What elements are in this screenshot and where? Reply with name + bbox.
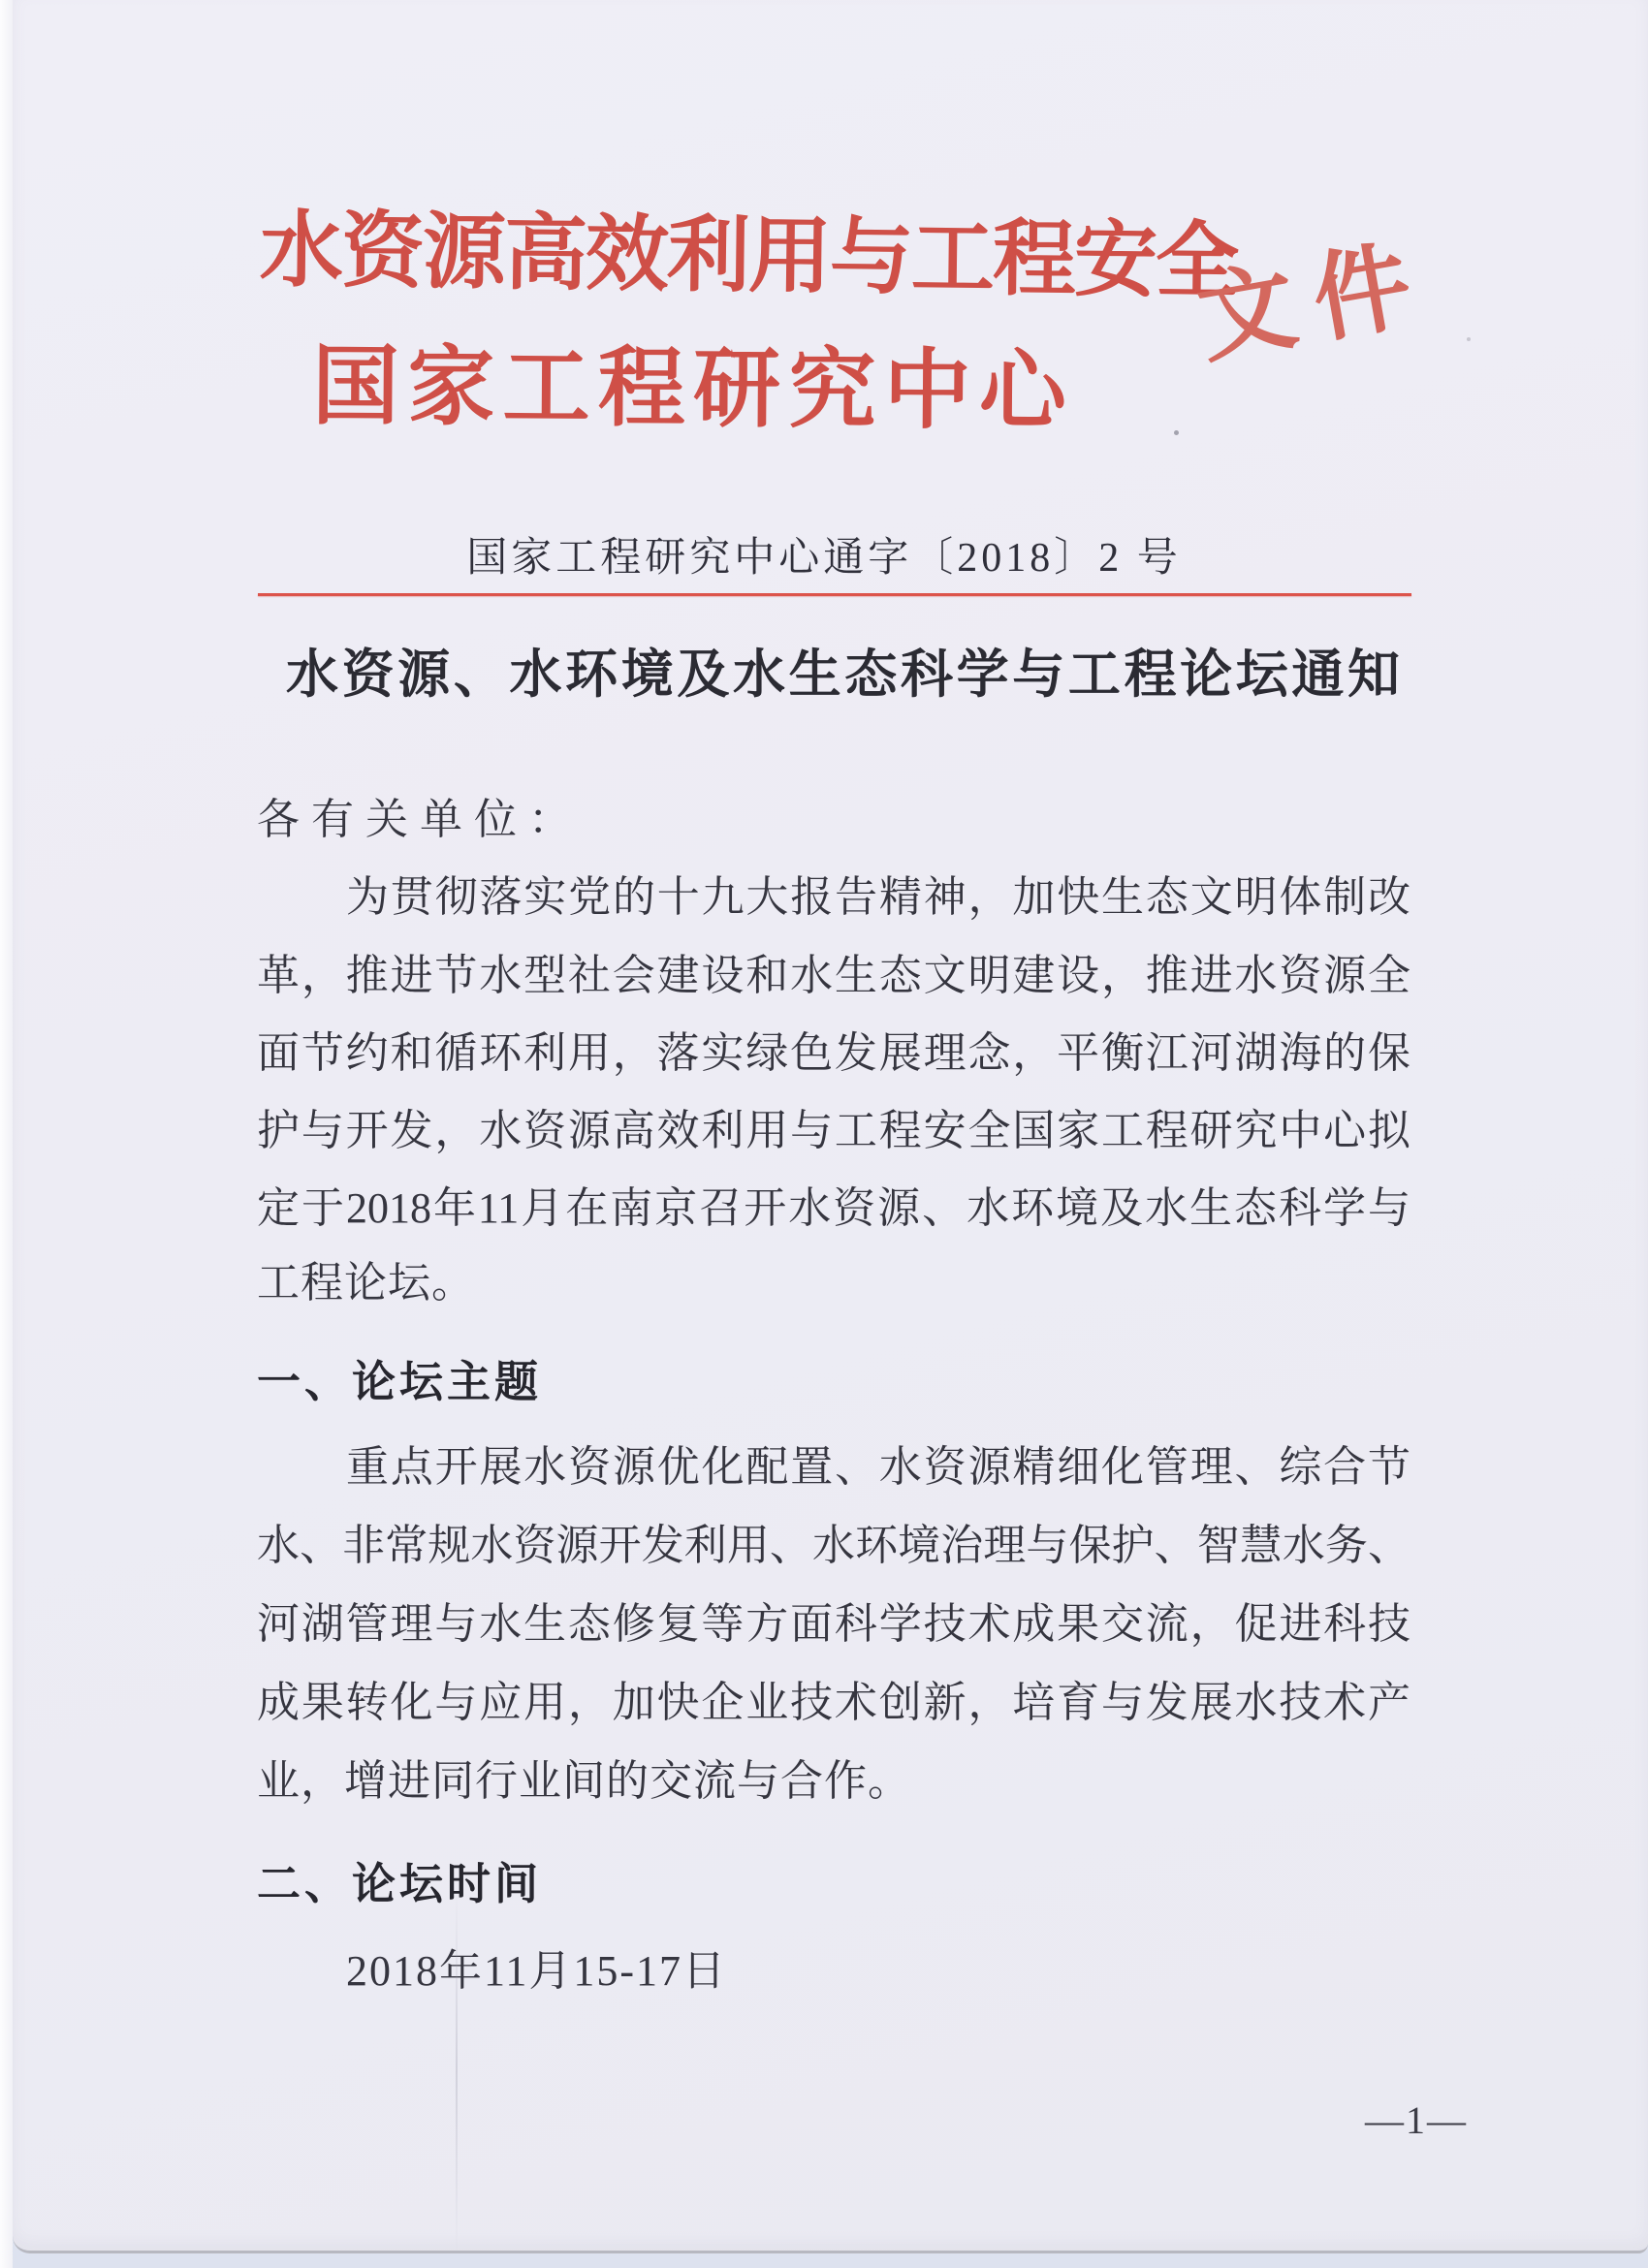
section-heading-forum-theme: 一、论坛主题 [257, 1355, 1410, 1409]
red-divider-line [258, 593, 1411, 596]
body-line: 定于2018年11月在南京召开水资源、水环境及水生态科学与 [257, 1181, 1410, 1236]
paper-crease [456, 1890, 458, 2253]
document-number: 国家工程研究中心通字〔2018〕2 号 [0, 533, 1648, 583]
section-heading-forum-time: 二、论坛时间 [257, 1857, 1410, 1911]
body-line: 重点开展水资源优化配置、水资源精细化管理、综合节 [257, 1440, 1410, 1495]
scanned-document: 水资源高效利用与工程安全 国家工程研究中心 文件 国家工程研究中心通字〔2018… [0, 0, 1648, 2268]
scan-left-edge [0, 0, 13, 2268]
document-title: 水资源、水环境及水生态科学与工程论坛通知 [286, 644, 1399, 706]
forum-date-line: 2018年11月15-17日 [257, 1944, 1410, 1999]
body-line: 河湖管理与水生态修复等方面科学技术成果交流，促进科技 [257, 1597, 1410, 1652]
body-line: 水、非常规水资源开发利用、水环境治理与保护、智慧水务、 [257, 1519, 1410, 1573]
scan-speck [1174, 430, 1179, 435]
body-line: 成果转化与应用，加快企业技术创新，培育与发展水技术产 [257, 1676, 1410, 1730]
page-number: —1— [1365, 2097, 1468, 2144]
salutation-line: 各有关单位： [257, 793, 1410, 847]
body-line: 业，增进同行业间的交流与合作。 [257, 1754, 1410, 1809]
body-line: 革，推进节水型社会建设和水生态文明建设，推进水资源全 [257, 949, 1410, 1003]
org-name-line1: 水资源高效利用与工程安全 [259, 202, 1204, 310]
scan-speck [1467, 337, 1471, 341]
body-line: 护与开发，水资源高效利用与工程安全国家工程研究中心拟 [257, 1104, 1410, 1158]
body-line: 为贯彻落实党的十九大报告精神，加快生态文明体制改 [257, 870, 1410, 925]
body-line: 面节约和循环利用，落实绿色发展理念，平衡江河湖海的保 [257, 1026, 1410, 1081]
org-name-line2: 国家工程研究中心 [312, 337, 1065, 443]
body-line: 工程论坛。 [257, 1256, 1410, 1310]
